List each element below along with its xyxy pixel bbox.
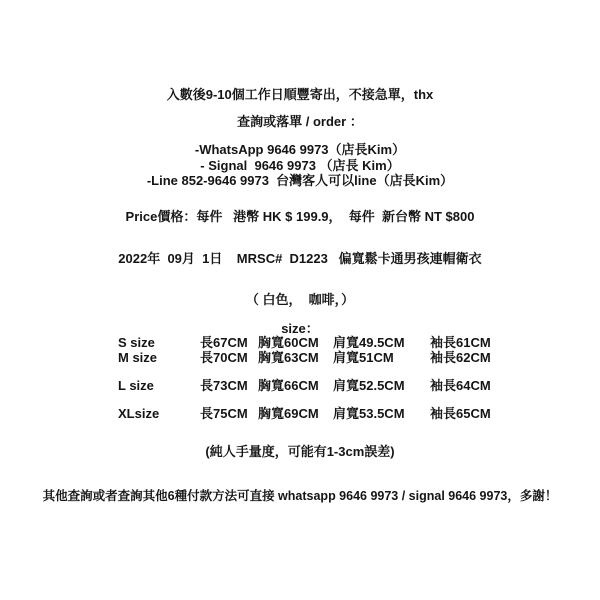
size-chest-width: 胸寬60CM bbox=[258, 336, 333, 350]
payment-footer: 其他查詢或者查詢其他6種付款方法可直接 whatsapp 9646 9973 /… bbox=[0, 489, 600, 504]
size-sleeve: 袖長65CM bbox=[430, 407, 518, 421]
size-length: 長70CM bbox=[200, 351, 258, 365]
size-label: XLsize bbox=[118, 407, 200, 421]
size-shoulder: 肩寬52.5CM bbox=[333, 379, 430, 393]
size-sleeve: 袖長64CM bbox=[430, 379, 518, 393]
product-notice-page: 入數後9-10個工作日順豐寄出，不接急單，thx 查詢或落單 / order ：… bbox=[0, 0, 600, 600]
size-heading: size： bbox=[0, 321, 600, 336]
order-heading: 查詢或落單 / order ： bbox=[0, 114, 600, 129]
size-shoulder: 肩寬51CM bbox=[333, 351, 430, 365]
size-sleeve: 袖長61CM bbox=[430, 336, 518, 350]
contact-whatsapp: -WhatsApp 9646 9973（店長Kim） bbox=[0, 142, 600, 157]
size-label: L size bbox=[118, 379, 200, 393]
size-chest-width: 胸寬66CM bbox=[258, 379, 333, 393]
product-line: 2022年 09月 1日 MRSC# D1223 偏寬鬆卡通男孩連帽衛衣 bbox=[0, 251, 600, 266]
size-sleeve: 袖長62CM bbox=[430, 351, 518, 365]
size-length: 長67CM bbox=[200, 336, 258, 350]
color-options: （ 白色， 咖啡，） bbox=[0, 292, 600, 307]
size-row-m: M size 長70CM 胸寬63CM 肩寬51CM 袖長62CM bbox=[118, 351, 518, 365]
size-row-l: L size 長73CM 胸寬66CM 肩寬52.5CM 袖長64CM bbox=[118, 379, 518, 393]
size-table: S size 長67CM 胸寬60CM 肩寬49.5CM 袖長61CM M si… bbox=[118, 336, 518, 421]
size-length: 長73CM bbox=[200, 379, 258, 393]
measurement-note: (純人手量度，可能有1-3cm誤差) bbox=[0, 444, 600, 459]
contact-line: -Line 852-9646 9973 台灣客人可以line（店長Kim） bbox=[0, 173, 600, 188]
size-chest-width: 胸寬63CM bbox=[258, 351, 333, 365]
size-shoulder: 肩寬49.5CM bbox=[333, 336, 430, 350]
size-length: 長75CM bbox=[200, 407, 258, 421]
size-label: S size bbox=[118, 336, 200, 350]
size-row-s: S size 長67CM 胸寬60CM 肩寬49.5CM 袖長61CM bbox=[118, 336, 518, 350]
size-row-xl: XLsize 長75CM 胸寬69CM 肩寬53.5CM 袖長65CM bbox=[118, 407, 518, 421]
price-line: Price價格：每件 港幣 HK $ 199.9， 每件 新台幣 NT $800 bbox=[0, 209, 600, 224]
contact-signal: - Signal 9646 9973 （店長 Kim） bbox=[0, 158, 600, 173]
size-shoulder: 肩寬53.5CM bbox=[333, 407, 430, 421]
size-chest-width: 胸寬69CM bbox=[258, 407, 333, 421]
shipping-notice: 入數後9-10個工作日順豐寄出，不接急單，thx bbox=[0, 87, 600, 102]
size-label: M size bbox=[118, 351, 200, 365]
